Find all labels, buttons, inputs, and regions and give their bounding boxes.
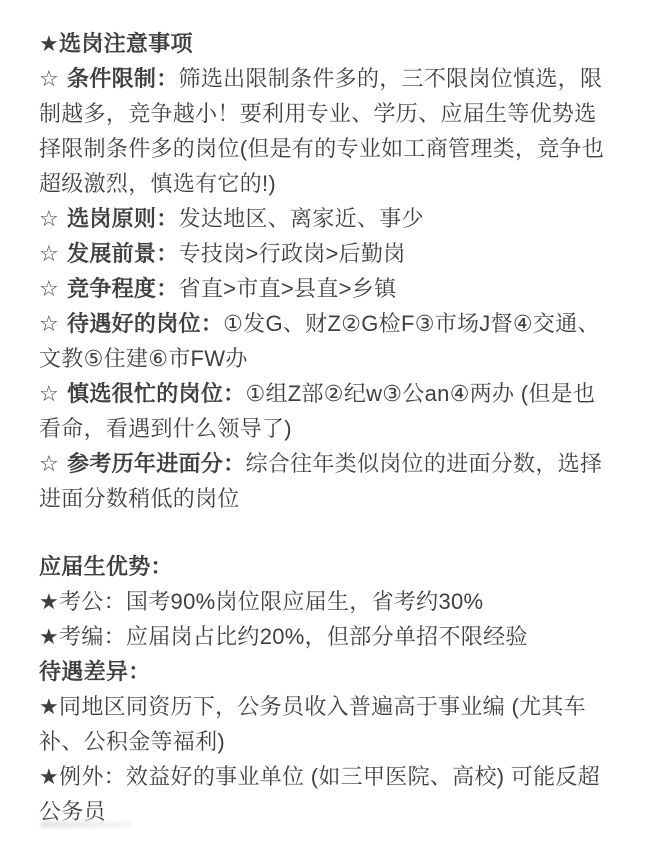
list-item: ★例外：效益好的事业单位 (如三甲医院、高校) 可能反超公务员 <box>39 759 608 829</box>
tip-item: ☆竞争程度：省直>市直>县直>乡镇 <box>39 271 608 306</box>
star-outline-icon: ☆ <box>39 66 59 91</box>
item-content: 考公：国考90%岗位限应届生，省考约30% <box>59 589 483 614</box>
tip-label: 待遇好的岗位： <box>67 311 223 336</box>
star-outline-icon: ☆ <box>39 381 59 406</box>
tip-content: 发达地区、离家近、事少 <box>179 206 424 231</box>
tip-item: ☆参考历年进面分：综合往年类似岗位的进面分数，选择进面分数稍低的岗位 <box>39 446 608 516</box>
page-title-text: 选岗注意事项 <box>59 31 193 56</box>
list-item: ★考公：国考90%岗位限应届生，省考约30% <box>39 584 608 619</box>
tip-label: 慎选很忙的岗位： <box>67 381 245 406</box>
section-tips: ☆条件限制：筛选出限制条件多的，三不限岗位慎选，限制越多，竞争越小！要利用专业、… <box>39 61 608 516</box>
page-title: ★选岗注意事项 <box>39 26 608 61</box>
tip-label: 选岗原则： <box>67 206 179 231</box>
star-outline-icon: ☆ <box>39 276 59 301</box>
tip-content: 省直>市直>县直>乡镇 <box>179 276 397 301</box>
item-content: 例外：效益好的事业单位 (如三甲医院、高校) 可能反超公务员 <box>39 764 600 824</box>
star-icon: ★ <box>39 589 59 614</box>
tip-item: ☆条件限制：筛选出限制条件多的，三不限岗位慎选，限制越多，竞争越小！要利用专业、… <box>39 61 608 201</box>
tip-label: 参考历年进面分： <box>67 451 245 476</box>
star-outline-icon: ☆ <box>39 206 59 231</box>
tip-item: ☆待遇好的岗位：①发G、财Z②G检F③市场J督④交通、文教⑤住建⑥市FW办 <box>39 306 608 376</box>
star-icon: ★ <box>39 764 59 789</box>
tip-content: 专技岗>行政岗>后勤岗 <box>179 241 406 266</box>
item-content: 同地区同资历下，公务员收入普遍高于事业编 (尤其车补、公积金等福利) <box>39 694 586 754</box>
list-item: ★同地区同资历下，公务员收入普遍高于事业编 (尤其车补、公积金等福利) <box>39 689 608 759</box>
section-heading-pay-gap: 待遇差异： <box>39 654 608 689</box>
item-content: 考编：应届岗占比约20%，但部分单招不限经验 <box>59 624 528 649</box>
watermark-smudge <box>40 821 132 828</box>
star-outline-icon: ☆ <box>39 241 59 266</box>
tip-label: 竞争程度： <box>67 276 179 301</box>
tip-item: ☆慎选很忙的岗位：①组Z部②纪w③公an④两办 (但是也看命，看遇到什么领导了) <box>39 376 608 446</box>
section-fresh-grad: 应届生优势： ★考公：国考90%岗位限应届生，省考约30% ★考编：应届岗占比约… <box>39 549 608 654</box>
star-icon: ★ <box>39 624 59 649</box>
section-heading-fresh-grad: 应届生优势： <box>39 549 608 584</box>
tip-label: 条件限制： <box>67 66 179 91</box>
star-icon: ★ <box>39 31 59 56</box>
star-outline-icon: ☆ <box>39 451 59 476</box>
note-document: ★选岗注意事项 ☆条件限制：筛选出限制条件多的，三不限岗位慎选，限制越多，竞争越… <box>0 0 645 860</box>
star-icon: ★ <box>39 694 59 719</box>
tip-item: ☆发展前景：专技岗>行政岗>后勤岗 <box>39 236 608 271</box>
tip-item: ☆选岗原则：发达地区、离家近、事少 <box>39 201 608 236</box>
tip-label: 发展前景： <box>67 241 179 266</box>
star-outline-icon: ☆ <box>39 311 59 336</box>
section-pay-gap: 待遇差异： ★同地区同资历下，公务员收入普遍高于事业编 (尤其车补、公积金等福利… <box>39 654 608 829</box>
list-item: ★考编：应届岗占比约20%，但部分单招不限经验 <box>39 619 608 654</box>
